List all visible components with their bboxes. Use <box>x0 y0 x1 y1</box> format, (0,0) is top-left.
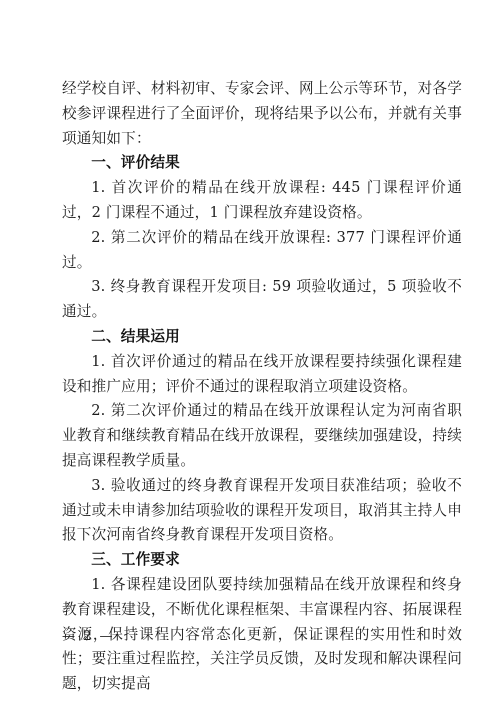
section-heading-1: 一、评价结果 <box>62 151 462 176</box>
paragraph-item-2-2: 2. 第二次评价通过的精品在线开放课程认定为河南省职业教育和继续教育精品在线开放… <box>62 399 462 473</box>
paragraph-continued: 经学校自评、材料初审、专家会评、网上公示等环节，对各学校参评课程进行了全面评价，… <box>62 77 462 151</box>
section-heading-2: 二、结果运用 <box>62 325 462 350</box>
section-heading-3: 三、工作要求 <box>62 548 462 573</box>
paragraph-item-2-3: 3. 验收通过的终身教育课程开发项目获准结项；验收不通过或未申请参加结项验收的课… <box>62 474 462 548</box>
paragraph-item-3-1: 1. 各课程建设团队要持续加强精品在线开放课程和终身教育课程建设，不断优化课程框… <box>62 573 462 697</box>
paragraph-item-1-3: 3. 终身教育课程开发项目: 59 项验收通过，5 项验收不通过。 <box>62 275 462 325</box>
paragraph-item-2-1: 1. 首次评价通过的精品在线开放课程要持续强化课程建设和推广应用；评价不通过的课… <box>62 350 462 400</box>
document-body: 经学校自评、材料初审、专家会评、网上公示等环节，对各学校参评课程进行了全面评价，… <box>62 77 462 697</box>
document-page: 经学校自评、材料初审、专家会评、网上公示等环节，对各学校参评课程进行了全面评价，… <box>0 0 502 708</box>
paragraph-item-1-2: 2. 第二次评价的精品在线开放课程: 377 门课程评价通过。 <box>62 226 462 276</box>
page-number: — 2 — <box>62 629 115 645</box>
paragraph-item-1-1: 1. 首次评价的精品在线开放课程: 445 门课程评价通过，2 门课程不通过，1… <box>62 176 462 226</box>
